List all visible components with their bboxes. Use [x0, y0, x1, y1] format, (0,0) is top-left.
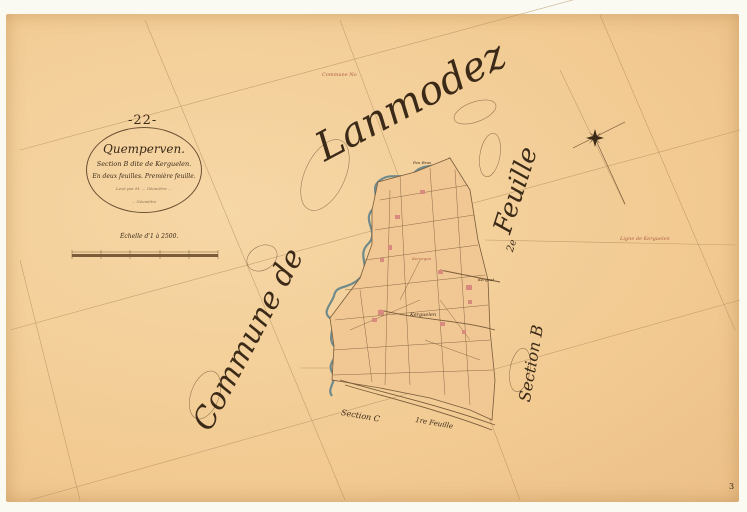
compass-rose-icon	[573, 122, 625, 204]
cartouche-line-2: En deux feuilles. Première feuille.	[87, 173, 201, 180]
corner-number: 3	[729, 482, 734, 491]
cartouche-title: Quemperven.	[87, 142, 201, 156]
scale-bar	[72, 250, 218, 259]
title-cartouche: Quemperven. Section B dite de Kerguelen.…	[86, 127, 202, 213]
scale-label: Échelle d'1 à 2500.	[120, 233, 178, 240]
hamlet-label-1: Kerguelen	[410, 312, 436, 318]
cartouche-line-3: Levé par M. ... Géomètre ...	[87, 186, 201, 191]
ligne-label: Ligne de Kerguelen	[620, 236, 670, 242]
cadastral-map-drawing	[0, 0, 747, 512]
hamlet-label-2: Kergoat	[478, 277, 494, 282]
cartouche-line-4: ... Géomètre	[87, 199, 201, 204]
hamlet-label-4: Pen Bras	[413, 160, 431, 165]
commune-small-label: Commune No	[322, 72, 357, 78]
cartouche-line-1: Section B dite de Kerguelen.	[87, 160, 201, 168]
hamlet-label-3: Kervegan	[412, 256, 431, 261]
sheet-number: -22-	[128, 113, 157, 128]
